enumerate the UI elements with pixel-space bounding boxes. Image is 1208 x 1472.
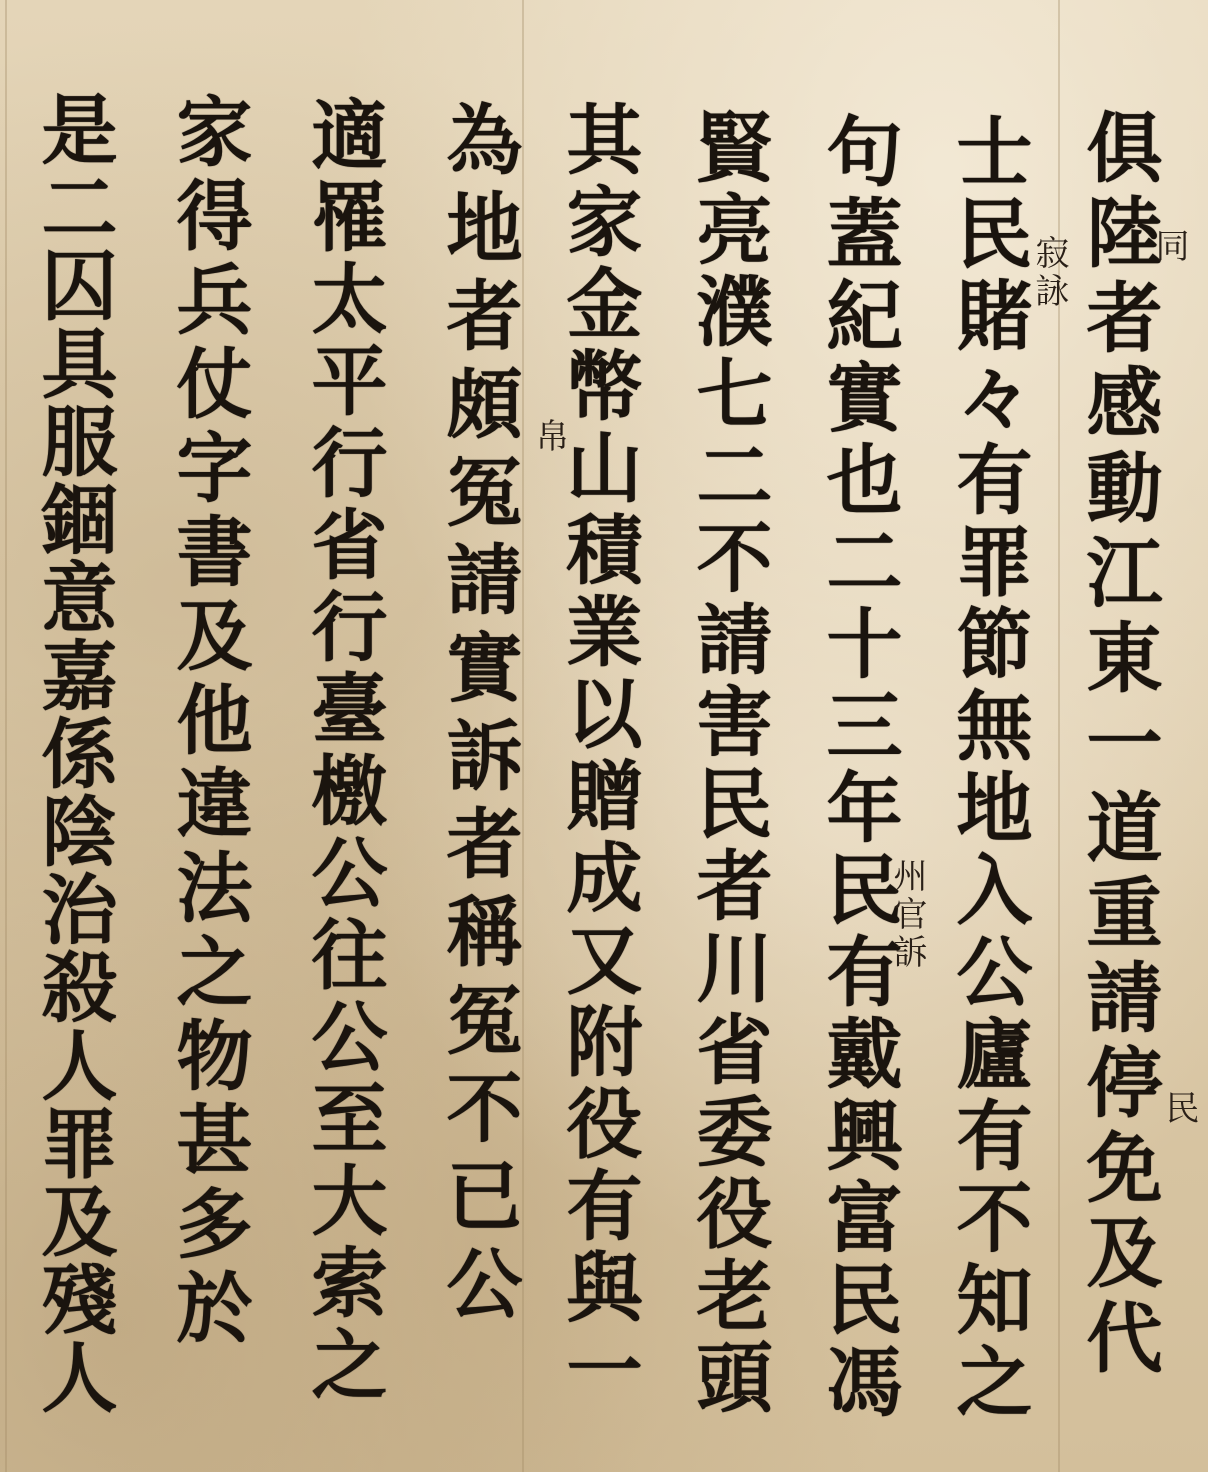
paper-fold-line xyxy=(1058,0,1060,1472)
annotation-bo: 帛 xyxy=(532,418,566,456)
text-column-6: 為地者頗冤請實訴者稱冤不已公 xyxy=(440,100,516,1332)
text-column-2: 士民賭々有罪節無地入公廬有不知之 xyxy=(950,112,1026,1424)
text-column-5: 其家金幣山積業以贈成又附役有與一 xyxy=(560,100,636,1412)
text-column-1: 俱陸者感動江東一道重請停免及代 xyxy=(1080,108,1156,1383)
text-column-4: 賢亮濮七二不請害民者川省委役老頭 xyxy=(690,108,766,1420)
annotation-min: 民 xyxy=(1162,1090,1196,1128)
text-column-9: 是二囚具服錮意嘉係陰治殺人罪及殘人 xyxy=(35,90,111,1416)
annotation-tong: 同 xyxy=(1152,228,1186,266)
annotation-zhouguansu: 州官訴 xyxy=(890,858,924,972)
text-column-7: 適罹太平行省行臺檄公往公至大索之 xyxy=(305,95,381,1407)
manuscript-page: 俱陸者感動江東一道重請停免及代 士民賭々有罪節無地入公廬有不知之 句蓋紀實也二十… xyxy=(0,0,1208,1472)
text-column-8: 家得兵仗字書及他違法之物甚多於 xyxy=(170,92,246,1352)
annotation-jiyong: 寂詠 xyxy=(1032,235,1066,311)
text-column-3: 句蓋紀實也二十三年民有戴興富民馮 xyxy=(820,112,896,1424)
paper-edge xyxy=(5,0,7,1472)
